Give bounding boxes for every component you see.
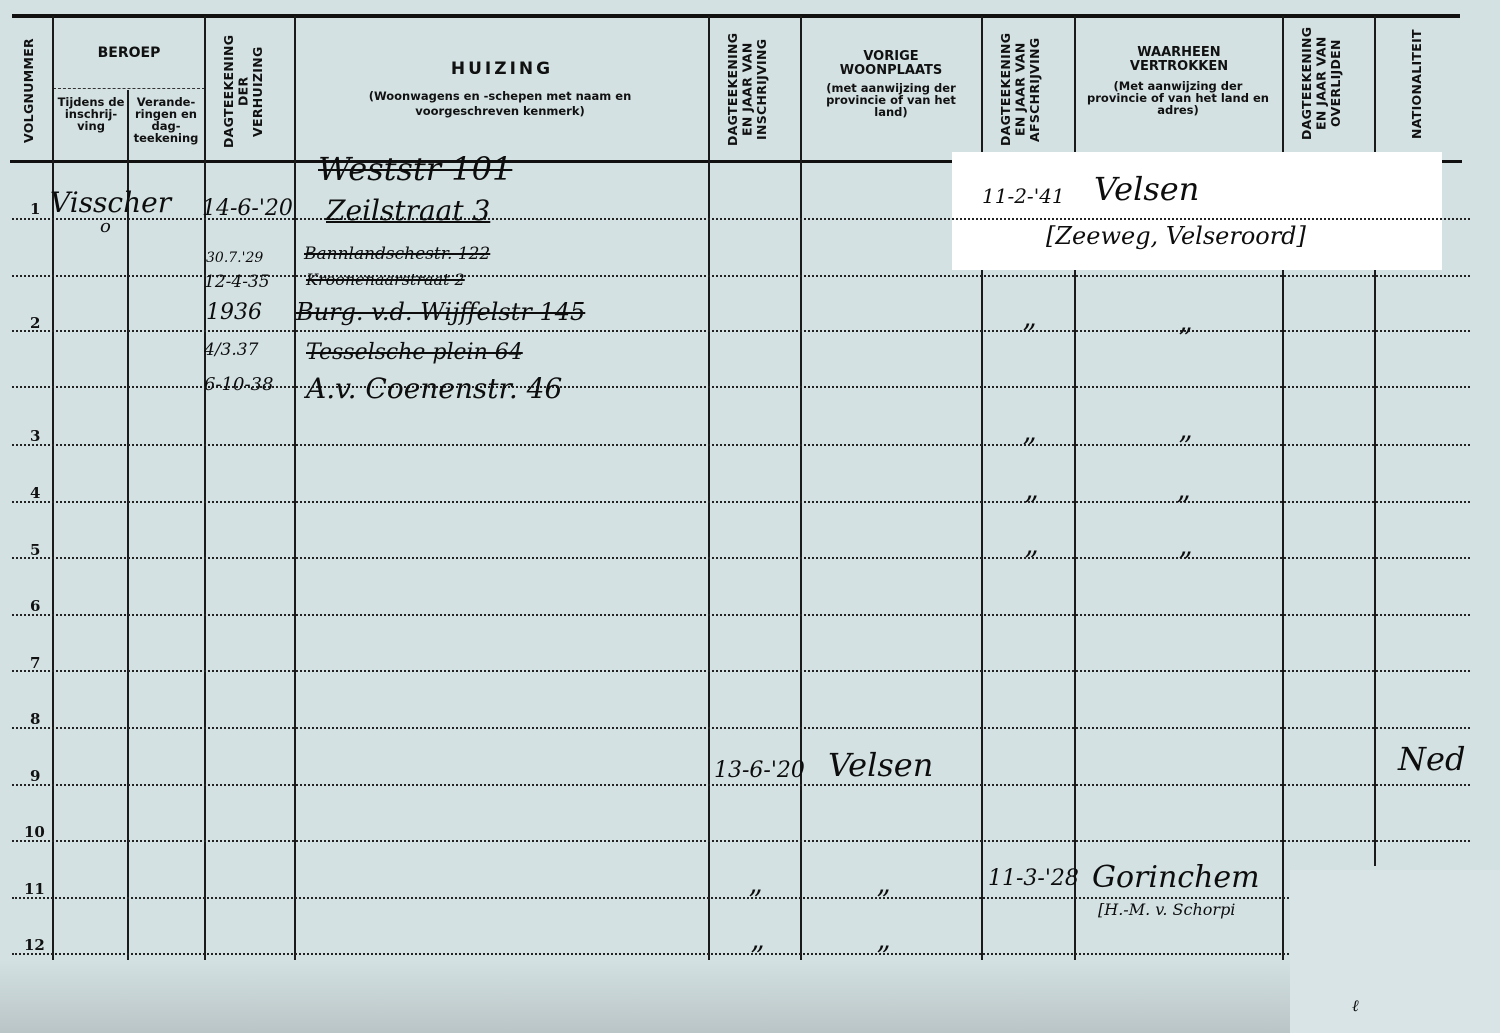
stray-mark: ℓ bbox=[1352, 996, 1359, 1016]
verhuizing-date: 30.7.'29 bbox=[206, 250, 263, 266]
header-huizing-sub: (Woonwagens en -schepen met naam en voor… bbox=[340, 89, 660, 119]
ditto-mark: ” bbox=[1178, 322, 1192, 355]
huizing-address: Burg. v.d. Wijffelstr 145 bbox=[296, 298, 585, 326]
header-waarheen: WAARHEEN VERTROKKEN bbox=[1076, 46, 1282, 73]
beroep-entry: Visscher bbox=[50, 186, 171, 219]
header-beroep-veranderingen: Verande- ringen en dag- teekening bbox=[129, 96, 203, 144]
ditto-mark: ” bbox=[1024, 545, 1038, 578]
huizing-address: Weststr 101 bbox=[318, 150, 512, 188]
huizing-address: Tesselsche plein 64 bbox=[306, 340, 523, 365]
row-number: 2 bbox=[30, 314, 40, 332]
ditto-mark: ” bbox=[748, 884, 762, 917]
waarheen-address: [H.-M. v. Schorpi bbox=[1098, 900, 1235, 919]
huizing-address: Zeilstraat 3 bbox=[326, 194, 490, 227]
col-rule bbox=[708, 16, 710, 976]
col-rule bbox=[800, 16, 802, 976]
register-card: VOLGNUMMER BEROEP Tijdens de inschrij- v… bbox=[0, 0, 1500, 1033]
ditto-mark: ” bbox=[1176, 490, 1190, 523]
col-rule bbox=[52, 16, 54, 976]
row-line bbox=[12, 897, 1292, 899]
nationaliteit: Ned bbox=[1398, 740, 1465, 778]
header-waarheen-sub: (Met aanwijzing der provincie of van het… bbox=[1082, 80, 1274, 116]
verhuizing-date: 6-10-38 bbox=[204, 374, 273, 395]
header-vorige-woonplaats: VORIGE WOONPLAATS bbox=[802, 50, 980, 77]
ditto-mark: ” bbox=[1022, 318, 1036, 351]
row-number: 12 bbox=[24, 936, 45, 954]
row-number: 6 bbox=[30, 597, 40, 615]
huizing-address: Kroonenaarstraat 2 bbox=[306, 270, 465, 289]
afschrijving-date: 11-3-'28 bbox=[988, 866, 1079, 891]
row-line bbox=[12, 444, 1470, 446]
torn-corner bbox=[1290, 870, 1500, 1033]
beroep-sub-rule bbox=[53, 88, 205, 90]
row-number: 10 bbox=[24, 823, 45, 841]
header-beroep-tijdens: Tijdens de inschrij- ving bbox=[56, 96, 126, 132]
col-rule bbox=[294, 16, 296, 976]
header-dagteekening-overlijden: DAGTEEKENING EN JAAR VAN OVERLIJDEN bbox=[1300, 16, 1343, 151]
row-number: 11 bbox=[24, 880, 45, 898]
ditto-mark: ” bbox=[1024, 490, 1038, 523]
row-line bbox=[12, 670, 1470, 672]
row-number: 8 bbox=[30, 710, 40, 728]
huizing-address: Bannlandschestr. 122 bbox=[304, 244, 490, 264]
row-number: 4 bbox=[30, 484, 40, 502]
row-line bbox=[12, 953, 1292, 955]
verhuizing-date: 14-6-'20 bbox=[202, 196, 293, 221]
row-number: 1 bbox=[30, 200, 40, 218]
header-dagteekening-afschrijving: DAGTEEKENING EN JAAR VAN AFSCHRIJVING bbox=[999, 22, 1042, 157]
header-vorige-woonplaats-sub: (met aanwijzing der provincie of van het… bbox=[815, 82, 967, 118]
waarheen-address: [Zeeweg, Velseroord] bbox=[1046, 222, 1306, 250]
ditto-mark: ” bbox=[876, 884, 890, 917]
col-rule bbox=[1374, 16, 1376, 866]
beroep-mark: o bbox=[100, 216, 111, 237]
waarheen-place: Gorinchem bbox=[1092, 860, 1260, 895]
row-number: 9 bbox=[30, 767, 40, 785]
header-dagteekening-inschrijving: DAGTEEKENING EN JAAR VAN INSCHRIJVING bbox=[726, 22, 769, 157]
bottom-smudge bbox=[0, 960, 1290, 1033]
row-line bbox=[12, 501, 1470, 503]
row-line bbox=[12, 784, 1470, 786]
vorige-woonplaats: Velsen bbox=[828, 746, 933, 784]
row-line bbox=[12, 727, 1470, 729]
afschrijving-date: 11-2-'41 bbox=[982, 184, 1065, 208]
verhuizing-date: 4/3.37 bbox=[204, 340, 258, 360]
inschrijving-date: 13-6-'20 bbox=[714, 758, 805, 783]
row-line bbox=[12, 330, 1470, 332]
verhuizing-date: 1936 bbox=[206, 300, 262, 325]
verhuizing-date: 12-4-35 bbox=[204, 272, 270, 292]
col-rule bbox=[127, 90, 129, 976]
ditto-mark: ” bbox=[1178, 430, 1192, 463]
row-line bbox=[12, 614, 1470, 616]
huizing-address: A.v. Coenenstr. 46 bbox=[306, 372, 562, 405]
row-number: 7 bbox=[30, 654, 40, 672]
col-rule bbox=[204, 16, 206, 976]
waarheen-place: Velsen bbox=[1094, 170, 1199, 208]
header-dagteekening-verhuizing: DAGTEEKENING DER VERHUIZING bbox=[222, 24, 265, 159]
row-line bbox=[12, 840, 1470, 842]
ditto-mark: ” bbox=[1178, 546, 1192, 579]
header-nationaliteit: NATIONALITEIT bbox=[1410, 20, 1424, 148]
row-line bbox=[12, 557, 1470, 559]
header-volgnummer: VOLGNUMMER bbox=[22, 28, 36, 153]
ditto-mark: ” bbox=[1022, 432, 1036, 465]
header-beroep: BEROEP bbox=[54, 46, 204, 61]
row-number: 3 bbox=[30, 427, 40, 445]
top-rule bbox=[12, 14, 1460, 18]
header-huizing: HUIZING bbox=[296, 61, 708, 79]
row-number: 5 bbox=[30, 541, 40, 559]
